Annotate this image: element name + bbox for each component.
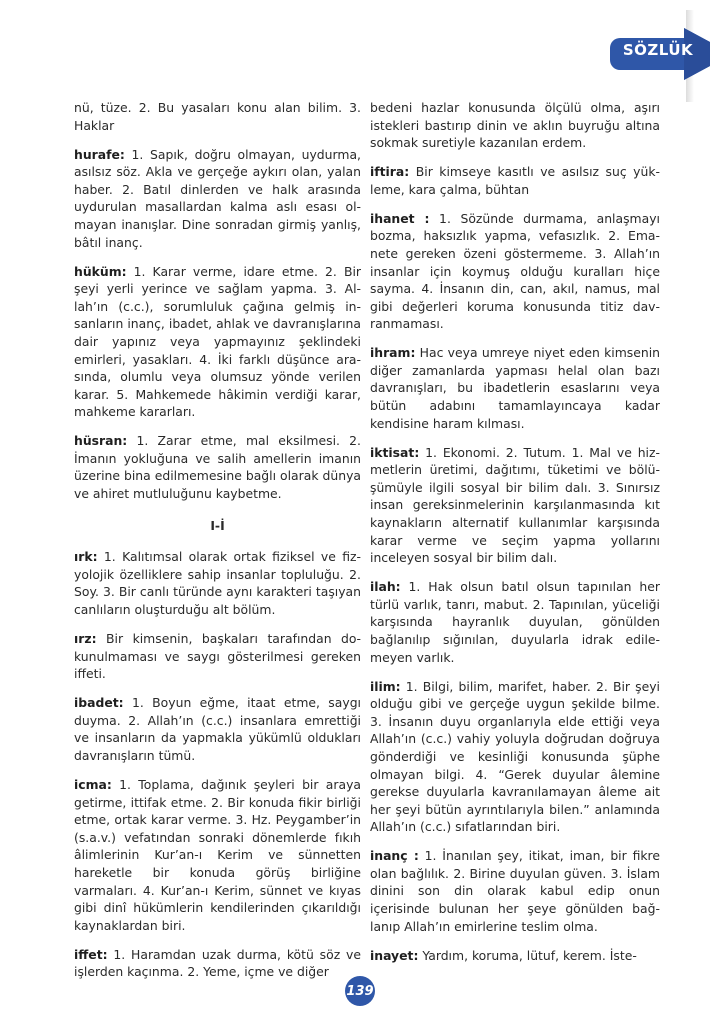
entry-definition: 1. Kalıtımsal olarak ortak fiziksel ve f… — [74, 549, 361, 617]
right-column: bedeni hazlar konusunda ölçülü olma, aşı… — [370, 99, 660, 976]
entry-term: iffet: — [74, 947, 108, 962]
entry-term: inanç : — [370, 848, 419, 863]
entry-term: hüküm: — [74, 264, 127, 279]
page-number-badge: 139 — [345, 976, 375, 1006]
section-banner: SÖZLÜK — [610, 28, 710, 80]
dictionary-entry-hukum: hüküm: 1. Karar verme, idare etme. 2. Bi… — [74, 263, 361, 421]
entry-term: inayet: — [370, 948, 418, 963]
entry-definition: 1. Ekonomi. 2. Tutum. 1. Mal ve hiz­metl… — [370, 445, 660, 566]
entry-term: iktisat: — [370, 445, 419, 460]
dictionary-entry-inayet: inayet: Yardım, koruma, lütuf, kerem. İs… — [370, 947, 660, 965]
entry-definition: 1. Karar verme, idare etme. 2. Bir şeyi … — [74, 264, 361, 420]
dictionary-entry-ilah: ilah: 1. Hak olsun batıl olsun tapınılan… — [370, 578, 660, 666]
entry-definition: Bir kimseye kasıtlı ve asılsız suç yük­l… — [370, 164, 660, 197]
entry-term: ırk: — [74, 549, 98, 564]
entry-term: icma: — [74, 777, 112, 792]
entry-definition: Bir kimsenin, başkaları tarafından do­ku… — [74, 631, 361, 681]
entry-term: ırz: — [74, 631, 97, 646]
dictionary-entry-icma: icma: 1. Toplama, dağınık şeyleri bir ar… — [74, 776, 361, 934]
entry-term: ihram: — [370, 345, 415, 360]
entry-definition: Yardım, koruma, lütuf, kerem. İste- — [418, 948, 636, 963]
entry-definition: 1. Haramdan uzak durma, kötü söz ve işle… — [74, 947, 361, 980]
page-number: 139 — [346, 984, 373, 999]
entry-term: hurafe: — [74, 147, 125, 162]
entry-term: iftira: — [370, 164, 409, 179]
entry-definition: 1. Hak olsun batıl olsun tapınılan her t… — [370, 579, 660, 664]
entry-term: ibadet: — [74, 695, 124, 710]
entry-term: hüsran: — [74, 433, 127, 448]
dictionary-entry-ilim: ilim: 1. Bilgi, bilim, marifet, haber. 2… — [370, 678, 660, 836]
dictionary-entry-ibadet: ibadet: 1. Boyun eğme, itaat etme, saygı… — [74, 694, 361, 764]
dictionary-entry-iffet: iffet: 1. Haramdan uzak durma, kötü söz … — [74, 946, 361, 981]
left-column: nü, tüze. 2. Bu yasaları konu alan bilim… — [74, 99, 361, 992]
section-heading: I-İ — [74, 517, 361, 535]
dictionary-entry-irz: ırz: Bir kimsenin, başkaları tarafından … — [74, 630, 361, 683]
dictionary-entry-irk: ırk: 1. Kalıtımsal olarak ortak fiziksel… — [74, 548, 361, 618]
dictionary-entry-husran: hüsran: 1. Zarar etme, mal eksilmesi. 2.… — [74, 432, 361, 502]
continuation-text: bedeni hazlar konusunda ölçülü olma, aşı… — [370, 99, 660, 152]
entry-term: ilah: — [370, 579, 401, 594]
entry-term: ihanet : — [370, 211, 429, 226]
dictionary-entry-ihanet: ihanet : 1. Sözünde durmama, anlaşmayı b… — [370, 210, 660, 333]
continuation-text: nü, tüze. 2. Bu yasaları konu alan bilim… — [74, 99, 361, 134]
dictionary-entry-inanc: inanç : 1. İnanılan şey, itikat, iman, b… — [370, 847, 660, 935]
entry-definition: 1. Sözünde durmama, anlaşmayı bozma, hak… — [370, 211, 660, 332]
entry-definition: 1. Sapık, doğru olmayan, uydurma, asılsı… — [74, 147, 361, 250]
entry-definition: 1. Toplama, dağınık şeyleri bir araya ge… — [74, 777, 361, 933]
dictionary-entry-ihram: ihram: Hac veya umreye niyet eden kim­se… — [370, 344, 660, 432]
dictionary-entry-iftira: iftira: Bir kimseye kasıtlı ve asılsız s… — [370, 163, 660, 198]
dictionary-entry-hurafe: hurafe: 1. Sapık, doğru olmayan, uydurma… — [74, 146, 361, 252]
banner-label: SÖZLÜK — [616, 41, 700, 59]
entry-definition: 1. Bilgi, bilim, marifet, haber. 2. Bir … — [370, 679, 660, 835]
entry-term: ilim: — [370, 679, 401, 694]
dictionary-entry-iktisat: iktisat: 1. Ekonomi. 2. Tutum. 1. Mal ve… — [370, 444, 660, 567]
